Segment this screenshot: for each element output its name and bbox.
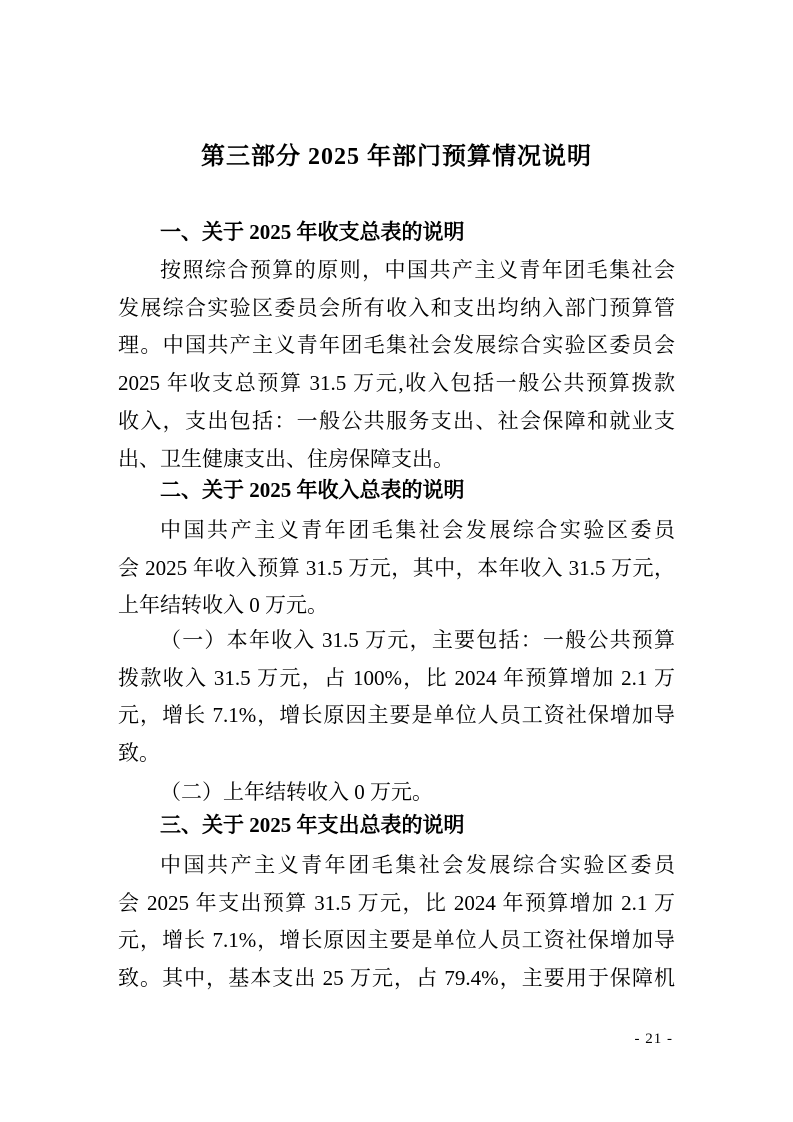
paragraph: 按照综合预算的原则，中国共产主义青年团毛集社会 发展综合实验区委员会所有收入和支… (118, 252, 675, 478)
paragraph-line: 元，增长 7.1%，增长原因主要是单位人员工资社保增加导 (118, 922, 675, 960)
paragraph-line: 致。 (118, 735, 675, 773)
paragraph-line: 中国共产主义青年团毛集社会发展综合实验区委员 (118, 512, 675, 550)
paragraph-line: 2025 年收支总预算 31.5 万元,收入包括一般公共预算拨款 (118, 365, 675, 403)
paragraph-line: 收入，支出包括：一般公共服务支出、社会保障和就业支 (118, 403, 675, 441)
paragraph-line: 上年结转收入 0 万元。 (118, 587, 675, 625)
paragraph-line: 中国共产主义青年团毛集社会发展综合实验区委员 (118, 847, 675, 885)
paragraph-line: 理。中国共产主义青年团毛集社会发展综合实验区委员会 (118, 327, 675, 365)
paragraph-line: 拨款收入 31.5 万元，占 100%，比 2024 年预算增加 2.1 万 (118, 660, 675, 698)
paragraph-line: 按照综合预算的原则，中国共产主义青年团毛集社会 (118, 252, 675, 290)
document-page: 第三部分 2025 年部门预算情况说明 一、关于 2025 年收支总表的说明 按… (0, 0, 793, 1122)
paragraph-line: （一）本年收入 31.5 万元，主要包括：一般公共预算 (118, 622, 675, 660)
paragraph-line: 致。其中，基本支出 25 万元，占 79.4%，主要用于保障机 (118, 960, 675, 998)
document-title: 第三部分 2025 年部门预算情况说明 (118, 136, 675, 171)
paragraph-line: 会 2025 年支出预算 31.5 万元，比 2024 年预算增加 2.1 万 (118, 885, 675, 923)
section-heading-1: 一、关于 2025 年收支总表的说明 (118, 214, 675, 252)
section-heading-3: 三、关于 2025 年支出总表的说明 (118, 807, 675, 845)
paragraph: （一）本年收入 31.5 万元，主要包括：一般公共预算 拨款收入 31.5 万元… (118, 622, 675, 773)
page-number: - 21 - (635, 1031, 674, 1048)
paragraph-line: 元，增长 7.1%，增长原因主要是单位人员工资社保增加导 (118, 697, 675, 735)
paragraph-line: 发展综合实验区委员会所有收入和支出均纳入部门预算管 (118, 290, 675, 328)
paragraph-line: 会 2025 年收入预算 31.5 万元，其中，本年收入 31.5 万元， (118, 550, 675, 588)
paragraph: 中国共产主义青年团毛集社会发展综合实验区委员 会 2025 年收入预算 31.5… (118, 512, 675, 625)
section-heading-2: 二、关于 2025 年收入总表的说明 (118, 472, 675, 510)
paragraph: 中国共产主义青年团毛集社会发展综合实验区委员 会 2025 年支出预算 31.5… (118, 847, 675, 998)
